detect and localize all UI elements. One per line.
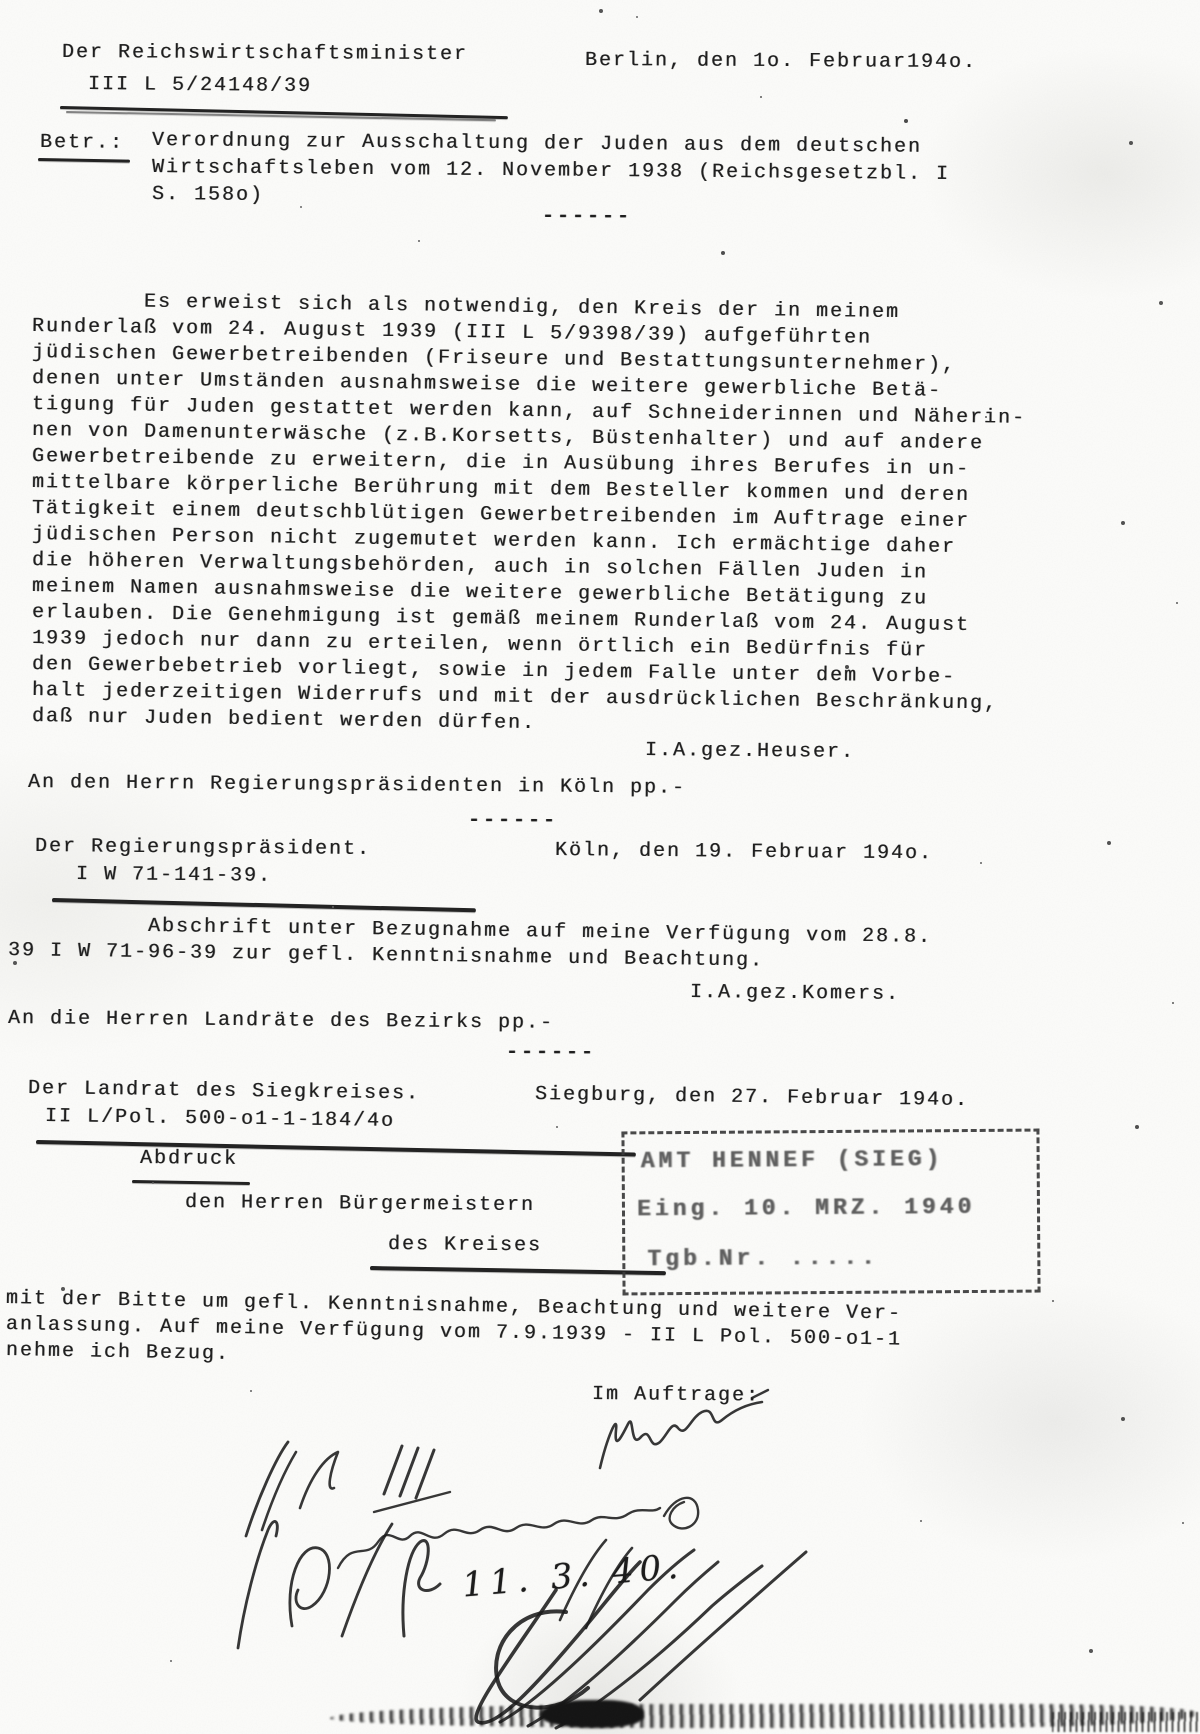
- letter2-dateline: Köln, den 19. Februar 194o.: [555, 838, 933, 867]
- letter3-sender: Der Landrat des Siegkreises.: [28, 1076, 420, 1107]
- letter2-sender: Der Regierungspräsident.: [35, 834, 371, 863]
- separator-dashes: ------: [506, 1040, 596, 1066]
- scanned-letter-page: Der Reichswirtschaftsminister Berlin, de…: [0, 0, 1200, 1734]
- distribution-line: des Kreises: [388, 1232, 542, 1259]
- subject-label: Betr.:: [40, 130, 124, 157]
- signature-label: Im Auftrage:: [592, 1382, 760, 1409]
- letter1-signature: I.A.gez.Heuser.: [645, 738, 855, 766]
- pencil-annotation-lower-left: [238, 1521, 392, 1648]
- underline: [36, 1140, 636, 1156]
- letter3-file-number: II L/Pol. 500-o1-1-184/4o: [45, 1104, 395, 1135]
- receipt-stamp: AMT HENNEF (SIEG) Eing. 10. MRZ. 1940 Tg…: [621, 1129, 1040, 1296]
- underline: [132, 1180, 250, 1185]
- bottom-corner-smudge: [1052, 1712, 1200, 1732]
- subject-line: Wirtschaftsleben vom 12. November 1938 (…: [152, 155, 950, 188]
- stamp-number-line: Tgb.Nr. .....: [647, 1245, 879, 1273]
- underline: [52, 898, 476, 912]
- body-line: nehme ich Bezug.: [6, 1338, 230, 1368]
- stamp-office-line: AMT HENNEF (SIEG): [641, 1146, 944, 1174]
- letter2-signature: I.A.gez.Komers.: [690, 980, 900, 1008]
- separator-dashes: ------: [542, 204, 632, 230]
- letter2-address: An die Herren Landräte des Bezirks pp.-: [8, 1006, 554, 1037]
- pencil-annotation-left: [246, 1442, 450, 1536]
- bottom-ink-blob: [540, 1700, 644, 1728]
- subject-line: S. 158o): [152, 182, 264, 209]
- letter3-dateline: Siegburg, den 27. Februar 194o.: [535, 1082, 969, 1114]
- stamp-date-line: Eing. 10. MRZ. 1940: [637, 1194, 975, 1222]
- scan-specks: [0, 0, 2, 2]
- letter1-address: An den Herrn Regierungspräsidenten in Kö…: [28, 770, 686, 802]
- distribution-line: den Herren Bürgermeistern: [185, 1190, 535, 1219]
- letter2-file-number: I W 71-141-39.: [76, 862, 272, 890]
- letter1-dateline: Berlin, den 1o. Februar194o.: [585, 48, 977, 76]
- handwritten-date: 11. 3. 40.: [461, 1546, 686, 1605]
- letter1-file-number: III L 5/24148/39: [88, 72, 312, 100]
- separator-dashes: ------: [468, 808, 558, 834]
- distribution-heading: Abdruck: [140, 1146, 238, 1173]
- letter1-sender: Der Reichswirtschaftsminister: [62, 40, 468, 68]
- underline: [38, 158, 130, 162]
